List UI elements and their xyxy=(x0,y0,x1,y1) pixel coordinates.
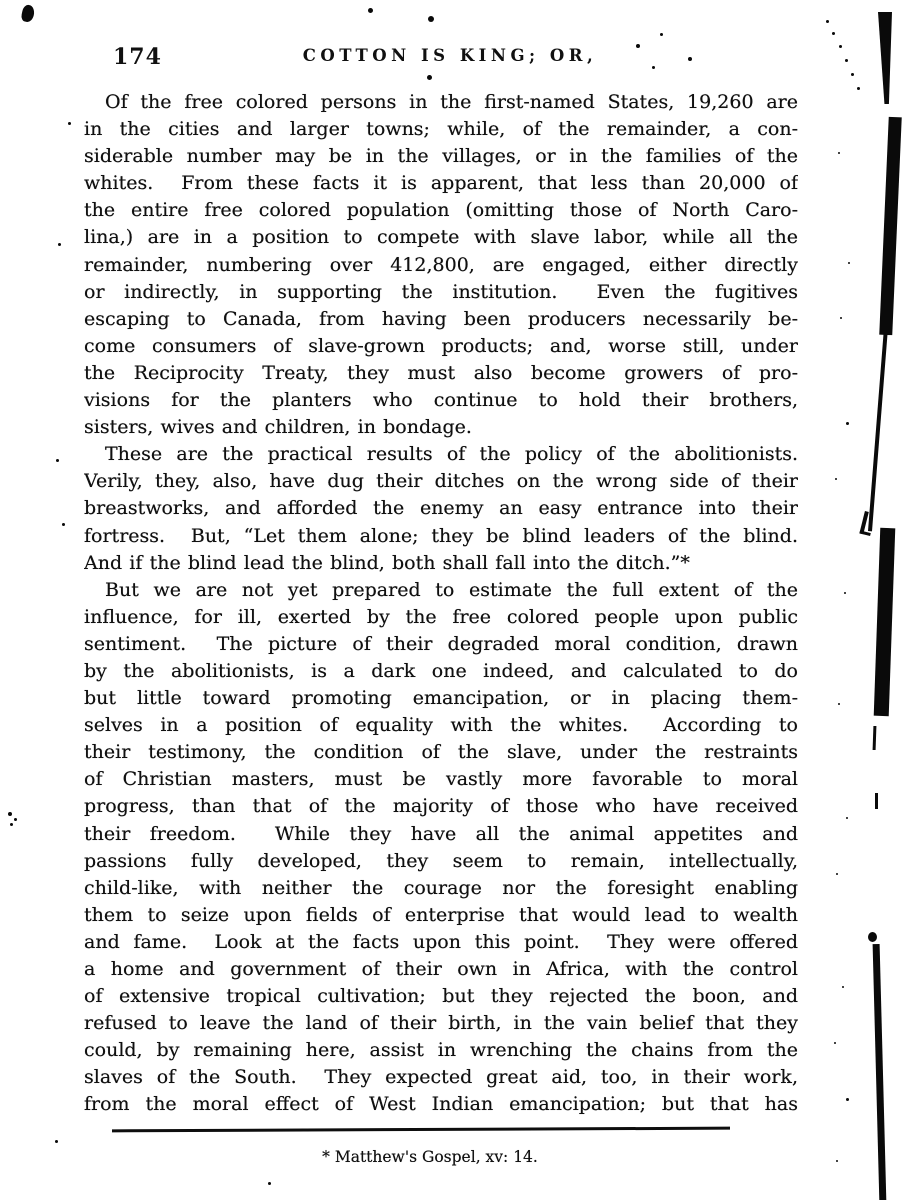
scan-speck xyxy=(838,703,840,705)
scan-speck xyxy=(688,57,692,61)
scan-speck xyxy=(10,823,13,826)
scan-speck xyxy=(68,122,71,125)
text-line: of Christian masters, must be vastly mor… xyxy=(84,766,798,793)
scan-speck xyxy=(846,817,848,819)
scan-artifact xyxy=(859,511,875,536)
scan-speck xyxy=(838,152,840,154)
footnote-text: * Matthew's Gospel, xv: 14. xyxy=(250,1148,610,1166)
scan-artifact xyxy=(875,793,878,809)
text-line: come consumers of slave-grown products; … xyxy=(84,333,798,360)
text-line: But we are not yet prepared to estimate … xyxy=(84,577,798,604)
scan-speck xyxy=(836,1160,838,1162)
text-line: siderable number may be in the villages,… xyxy=(84,143,798,170)
page-number: 174 xyxy=(113,44,162,70)
scan-speck xyxy=(834,1042,836,1044)
text-line: And if the blind lead the blind, both sh… xyxy=(84,550,798,577)
text-line: in the cities and larger towns; while, o… xyxy=(84,116,798,143)
scan-speck xyxy=(660,33,663,36)
text-line: breastworks, and afforded the enemy an e… xyxy=(84,495,798,522)
text-line: Of the free colored persons in the first… xyxy=(84,89,798,116)
scan-speck xyxy=(8,812,12,816)
scan-speck xyxy=(839,45,842,48)
scan-speck xyxy=(842,986,844,988)
body-text: Of the free colored persons in the first… xyxy=(84,89,798,1119)
text-line: the Reciprocity Treaty, they must also b… xyxy=(84,360,798,387)
book-page: 174 COTTON IS KING; OR, Of the free colo… xyxy=(0,0,905,1200)
scan-artifact xyxy=(868,334,888,532)
scan-speck xyxy=(56,459,59,462)
running-title: COTTON IS KING; OR, xyxy=(270,46,630,65)
scan-speck xyxy=(857,87,860,90)
text-line: child-like, with neither the courage nor… xyxy=(84,875,798,902)
scan-artifact xyxy=(874,528,896,716)
text-line: their testimony, the condition of the sl… xyxy=(84,739,798,766)
text-line: slaves of the South. They expected great… xyxy=(84,1064,798,1091)
text-line: passions fully developed, they seem to r… xyxy=(84,848,798,875)
scan-artifact xyxy=(878,12,892,104)
scan-artifact xyxy=(873,726,877,750)
text-line: sisters, wives and children, in bondage. xyxy=(84,414,798,441)
text-line: their freedom. While they have all the a… xyxy=(84,821,798,848)
scan-speck xyxy=(846,1098,849,1101)
text-line: a home and government of their own in Af… xyxy=(84,956,798,983)
scan-speck xyxy=(826,20,829,23)
paragraph: Of the free colored persons in the first… xyxy=(84,89,798,441)
scan-speck xyxy=(832,32,835,35)
text-line: refused to leave the land of their birth… xyxy=(84,1010,798,1037)
text-line: whites. From these facts it is apparent,… xyxy=(84,170,798,197)
scan-speck xyxy=(848,262,850,264)
paragraph: But we are not yet prepared to estimate … xyxy=(84,577,798,1119)
text-line: lina,) are in a position to compete with… xyxy=(84,224,798,251)
text-line: them to seize upon fields of enterprise … xyxy=(84,902,798,929)
scan-speck xyxy=(427,75,432,80)
text-line: visions for the planters who continue to… xyxy=(84,387,798,414)
scan-speck xyxy=(836,873,838,875)
scan-speck xyxy=(845,59,848,62)
text-line: progress, than that of the majority of t… xyxy=(84,793,798,820)
text-line: These are the practical results of the p… xyxy=(84,441,798,468)
scan-speck xyxy=(62,523,65,526)
scan-speck xyxy=(14,818,17,821)
text-line: escaping to Canada, from having been pro… xyxy=(84,306,798,333)
text-line: Verily, they, also, have dug their ditch… xyxy=(84,468,798,495)
paragraph: These are the practical results of the p… xyxy=(84,441,798,576)
scan-speck xyxy=(636,44,640,48)
text-line: of extensive tropical cultivation; but t… xyxy=(84,983,798,1010)
scan-artifact xyxy=(20,4,35,23)
scan-speck xyxy=(652,66,655,69)
scan-artifact xyxy=(879,117,901,335)
scan-speck xyxy=(428,16,434,22)
scan-speck xyxy=(844,592,846,594)
scan-speck xyxy=(840,317,842,319)
text-line: selves in a position of equality with th… xyxy=(84,712,798,739)
scan-artifact xyxy=(868,932,877,942)
text-line: and fame. Look at the facts upon this po… xyxy=(84,929,798,956)
scan-speck xyxy=(835,478,837,480)
text-line: from the moral effect of West Indian ema… xyxy=(84,1091,798,1118)
text-line: but little toward promoting emancipation… xyxy=(84,685,798,712)
footnote-rule xyxy=(112,1127,730,1133)
scan-speck xyxy=(846,422,849,425)
scan-speck xyxy=(58,243,61,246)
text-line: could, by remaining here, assist in wren… xyxy=(84,1037,798,1064)
scan-artifact xyxy=(873,944,887,1200)
scan-speck xyxy=(368,8,373,13)
scan-speck xyxy=(268,1182,271,1185)
scan-speck xyxy=(851,73,854,76)
text-line: the entire free colored population (omit… xyxy=(84,197,798,224)
text-line: by the abolitionists, is a dark one inde… xyxy=(84,658,798,685)
text-line: or indirectly, in supporting the institu… xyxy=(84,279,798,306)
text-line: fortress. But, “Let them alone; they be … xyxy=(84,523,798,550)
scan-speck xyxy=(55,1140,58,1143)
text-line: remainder, numbering over 412,800, are e… xyxy=(84,252,798,279)
text-line: influence, for ill, exerted by the free … xyxy=(84,604,798,631)
text-line: sentiment. The picture of their degraded… xyxy=(84,631,798,658)
